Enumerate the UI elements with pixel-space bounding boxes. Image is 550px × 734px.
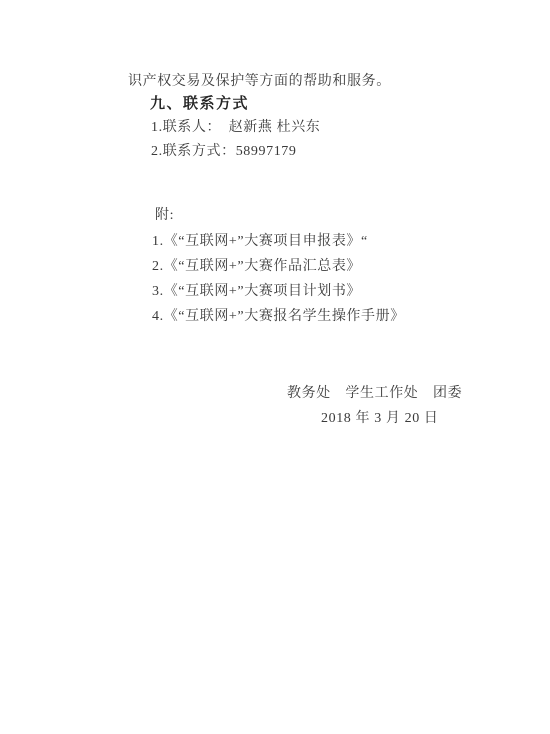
contact-person-line: 1.联系人： 赵新燕 杜兴东: [151, 119, 320, 136]
attachment-item-application-form: 1.《“互联网+”大赛项目申报表》“: [152, 233, 368, 250]
attachment-item-works-summary-form: 2.《“互联网+”大赛作品汇总表》: [152, 258, 361, 275]
attachment-item-student-manual: 4.《“互联网+”大赛报名学生操作手册》: [152, 308, 405, 325]
section-heading-contact: 九、联系方式: [150, 95, 249, 112]
contact-method-line: 2.联系方式：58997179: [151, 143, 297, 160]
signature-date: 2018 年 3 月 20 日: [321, 410, 439, 427]
signature-departments: 教务处 学生工作处 团委: [287, 385, 462, 402]
attachment-item-project-plan: 3.《“互联网+”大赛项目计划书》: [152, 283, 361, 300]
attachment-label: 附:: [155, 207, 174, 224]
document-page: 识产权交易及保护等方面的帮助和服务。 九、联系方式 1.联系人： 赵新燕 杜兴东…: [0, 0, 550, 734]
paragraph-continuation-text: 识产权交易及保护等方面的帮助和服务。: [128, 73, 391, 90]
